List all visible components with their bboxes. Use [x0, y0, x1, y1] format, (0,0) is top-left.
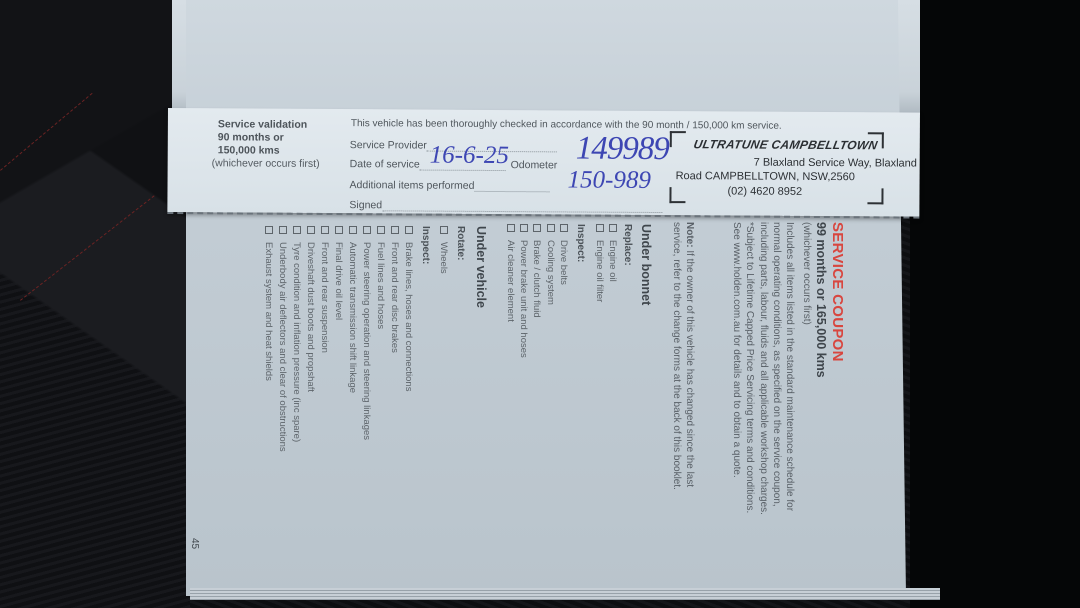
- item-label: Brake / clutch fluid: [531, 240, 542, 318]
- checklist-item[interactable]: Front and rear disc brakes: [389, 226, 400, 353]
- booklet-page-edges: [190, 588, 940, 600]
- odometer-label: Odometer: [511, 159, 558, 171]
- validation-note: (whichever occurs first): [212, 157, 338, 171]
- inspect-label: Inspect:: [575, 224, 586, 262]
- item-label: Driveshaft dust boots and propshaft: [305, 242, 316, 392]
- additional-items-field: Additional items performed: [349, 179, 549, 192]
- item-label: Power steering operation and steering li…: [361, 242, 372, 440]
- coupon-interval: 99 months or 165,000 kms: [814, 222, 828, 378]
- stamp-corner: [867, 188, 883, 204]
- checklist-item[interactable]: Driveshaft dust boots and propshaft: [305, 226, 316, 392]
- item-label: Air cleaner element: [505, 240, 516, 322]
- coupon-body-line: including parts, labour, fluids and all …: [758, 222, 769, 515]
- rotate-label: Rotate:: [455, 226, 466, 260]
- item-label: Engine oil filter: [594, 240, 605, 302]
- checkbox[interactable]: [547, 224, 555, 232]
- checklist-item[interactable]: Engine oil filter: [594, 224, 605, 302]
- signed-field: Signed: [349, 199, 662, 213]
- checkbox[interactable]: [321, 226, 329, 234]
- checkbox[interactable]: [440, 226, 448, 234]
- note-label: Note:: [684, 222, 695, 248]
- inspect-label: Inspect:: [420, 226, 431, 264]
- replace-label: Replace:: [622, 224, 633, 266]
- coupon-body-line: Includes all items listed in the standar…: [784, 222, 795, 511]
- checkbox[interactable]: [349, 226, 357, 234]
- checkbox[interactable]: [293, 226, 301, 234]
- item-label: Cooling system: [545, 240, 556, 305]
- checkbox[interactable]: [279, 226, 287, 234]
- item-label: Tyre condition and inflation pressure (i…: [291, 242, 302, 442]
- coupon-note-line: Note: If the owner of this vehicle has c…: [684, 222, 695, 487]
- validation-title: Service validation: [218, 118, 338, 132]
- checkbox[interactable]: [520, 224, 528, 232]
- signed-label: Signed: [349, 199, 382, 211]
- note-text: If the owner of this vehicle has changed…: [684, 250, 695, 487]
- checklist-item[interactable]: Air cleaner element: [505, 224, 516, 322]
- checkbox[interactable]: [307, 226, 315, 234]
- checklist-item[interactable]: Final drive oil level: [333, 226, 344, 320]
- stamp-corner: [669, 187, 685, 203]
- coupon-title: SERVICE COUPON: [829, 222, 846, 362]
- item-label: Underbody air deflectors and clear of ob…: [277, 242, 288, 452]
- stamp-corner: [670, 131, 686, 147]
- checkbox[interactable]: [533, 224, 541, 232]
- item-label: Front and rear suspension: [319, 242, 330, 353]
- item-label: Drive belts: [558, 240, 569, 285]
- date-label: Date of service: [350, 158, 420, 170]
- item-label: Brake lines, hoses and connections: [403, 242, 414, 391]
- checkbox[interactable]: [596, 224, 604, 232]
- item-label: Final drive oil level: [333, 242, 344, 320]
- coupon-interval-note: (whichever occurs first): [801, 222, 812, 325]
- validation-interval: Service validation 90 months or 150,000 …: [218, 118, 338, 171]
- checkbox[interactable]: [265, 226, 273, 234]
- under-bonnet-heading: Under bonnet: [639, 224, 653, 305]
- checkbox[interactable]: [609, 224, 617, 232]
- checkbox[interactable]: [391, 226, 399, 234]
- item-label: Wheels: [438, 242, 449, 274]
- checklist-item[interactable]: Power steering operation and steering li…: [361, 226, 372, 440]
- checkbox[interactable]: [335, 226, 343, 234]
- workshop-stamp: ULTRATUNE CAMPBELLTOWN 7 Blaxland Servic…: [669, 131, 883, 204]
- checklist-item[interactable]: Fuel lines and hoses: [375, 226, 386, 329]
- stamp-business-name: ULTRATUNE CAMPBELLTOWN: [693, 137, 879, 152]
- checklist-item[interactable]: Brake / clutch fluid: [531, 224, 542, 318]
- checklist-item[interactable]: Wheels: [438, 226, 449, 274]
- validation-months: 90 months or: [218, 131, 338, 145]
- stamp-phone: (02) 4620 8952: [727, 185, 802, 197]
- checklist-item[interactable]: Engine oil: [607, 224, 618, 282]
- checklist-item[interactable]: Automatic transmission shift linkage: [347, 226, 358, 393]
- handwritten-date: 16-6-25: [430, 142, 509, 170]
- coupon-note-line: service, refer to the change forms at th…: [671, 222, 682, 490]
- checkbox[interactable]: [560, 224, 568, 232]
- coupon-body-line: *Subject to Lifetime Capped Price Servic…: [744, 222, 755, 513]
- checklist-item[interactable]: Underbody air deflectors and clear of ob…: [277, 226, 288, 452]
- validation-kms: 150,000 kms: [218, 144, 338, 158]
- checklist-item[interactable]: Exhaust system and heat shields: [263, 226, 274, 381]
- stamp-address-line1: 7 Blaxland Service Way, Blaxland: [754, 157, 917, 170]
- checklist-item[interactable]: Power brake unit and hoses: [518, 224, 529, 358]
- dark-background-right: [910, 0, 1080, 608]
- checkbox[interactable]: [507, 224, 515, 232]
- service-provider-label: Service Provider: [350, 139, 427, 151]
- coupon-body-line: normal operating conditions, as specifie…: [771, 222, 782, 507]
- handwritten-odometer: 149989: [576, 130, 669, 168]
- page-number: 45: [189, 538, 200, 549]
- item-label: Automatic transmission shift linkage: [347, 242, 358, 393]
- under-vehicle-heading: Under vehicle: [474, 226, 488, 308]
- coupon-body-line: See www.holden.com.au for details and to…: [731, 222, 742, 478]
- handwritten-additional: 150-989: [567, 166, 650, 195]
- checklist-item[interactable]: Drive belts: [558, 224, 569, 285]
- checkbox[interactable]: [405, 226, 413, 234]
- item-label: Exhaust system and heat shields: [263, 242, 274, 381]
- stamp-address-line2: Road CAMPBELLTOWN, NSW,2560: [676, 170, 855, 183]
- checklist-item[interactable]: Tyre condition and inflation pressure (i…: [291, 226, 302, 442]
- item-label: Engine oil: [607, 240, 618, 282]
- item-label: Power brake unit and hoses: [518, 240, 529, 358]
- checklist-item[interactable]: Cooling system: [545, 224, 556, 305]
- checklist-item[interactable]: Brake lines, hoses and connections: [403, 226, 414, 391]
- service-validation-flap: Service validation 90 months or 150,000 …: [167, 108, 920, 217]
- checkbox[interactable]: [363, 226, 371, 234]
- checkbox[interactable]: [377, 226, 385, 234]
- car-seat-left-panel: [0, 0, 190, 608]
- additional-items-label: Additional items performed: [349, 179, 474, 192]
- item-label: Fuel lines and hoses: [375, 242, 386, 329]
- checklist-item[interactable]: Front and rear suspension: [319, 226, 330, 353]
- validation-heading: This vehicle has been thoroughly checked…: [351, 118, 782, 132]
- item-label: Front and rear disc brakes: [389, 242, 400, 353]
